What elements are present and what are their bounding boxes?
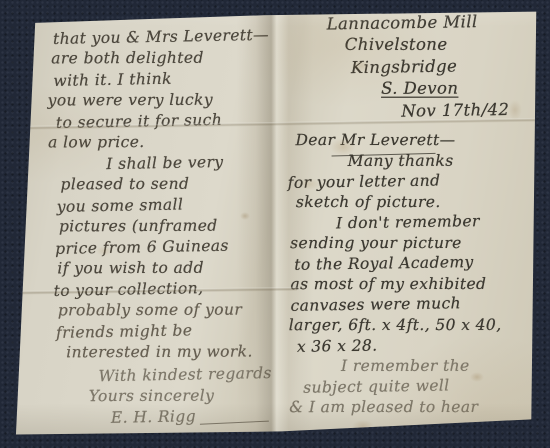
handwritten-line: I shall be very [106,151,266,175]
handwritten-line: pictures (unframed [59,215,267,237]
handwritten-line: sending your picture [290,232,532,253]
handwritten-line: you some small [57,193,267,218]
handwritten-line: Many thanks [348,150,532,171]
handwritten-line: x 36 x 28. [297,333,533,357]
handwritten-line: subject quite well [303,374,533,398]
handwritten-line: you were very lucky [48,89,266,111]
handwritten-line: price from 6 Guineas [55,235,267,260]
handwritten-line: interested in my work. [66,341,268,363]
handwritten-line: & I am pleased to hear [289,396,533,417]
handwritten-line: to the Royal Academy [294,251,532,275]
handwritten-line: for your letter and [288,169,532,193]
handwritten-line: to secure it for such [56,109,266,134]
handwritten-line: pleased to send [60,173,266,195]
handwritten-line: that you & Mrs Leverett— [53,25,265,50]
address-line: S. Devon [381,78,531,100]
handwritten-line: a low price. [48,131,266,153]
handwritten-line: with it. I think [53,67,265,92]
handwritten-line: friends might be [56,319,268,344]
closing-line: Yours sincerely [89,385,269,407]
handwritten-line: sketch of picture. [296,191,532,212]
address-block: Lannacombe Mill Chivelstone Kingsbridge … [285,11,532,123]
handwritten-line: I don't remember [336,210,532,234]
address-line: Kingsbridge [351,54,531,79]
address-line: Lannacombe Mill [326,10,530,35]
letter-page-1: Lannacombe Mill Chivelstone Kingsbridge … [285,11,534,431]
handwritten-line: as most of my exhibited [290,273,532,294]
handwritten-line: canvases were much [290,292,532,316]
photo-background: that you & Mrs Leverett— are both deligh… [0,0,550,448]
closing-line: With kindest regards [98,363,268,387]
address-line: Chivelstone [345,34,531,56]
handwritten-line: I remember the [341,355,533,376]
signature: E. H. Rigg [111,406,196,429]
letter-sheet: that you & Mrs Leverett— are both deligh… [0,0,550,448]
handwritten-line: larger, 6ft. x 4ft., 50 x 40, [289,314,533,335]
date-line: Nov 17th/42 [401,99,531,123]
handwritten-line: probably some of your [58,299,268,321]
handwritten-line: to your collection, [53,277,267,302]
salutation-line: Dear Mr Leverett— [295,130,531,151]
signature-flourish [200,421,269,425]
letter-page-2: that you & Mrs Leverett— are both deligh… [33,26,269,434]
handwritten-line: if you wish to add [57,257,267,279]
handwritten-line: are both delighted [51,47,265,69]
